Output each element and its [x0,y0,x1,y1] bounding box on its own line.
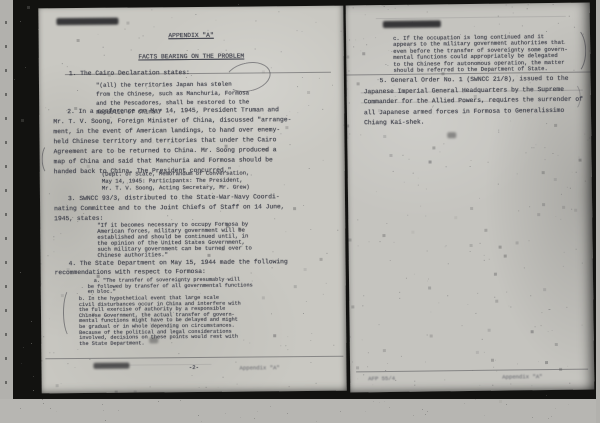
paragraph-2-citation: (Dept. of State, Memorandum of Conversat… [102,170,250,192]
footer-appendix-label: Appendix "A" [502,372,542,382]
scanned-page-right: c. If the occupation is long continued a… [346,3,595,393]
paragraph-4b: b. In the hypothetical event that large … [79,296,241,348]
paragraph-3-quote: "If it becomes necessary to occupy Formo… [97,221,252,258]
page-subtitle-row: FACTS BEARING ON THE PROBLEM [39,51,344,64]
film-edge-markings [5,0,7,423]
pencil-paren-mark [560,27,587,75]
film-edge-strip [0,0,13,423]
appendix-title-row: APPENDIX "A" [39,30,344,43]
microfilm-document-scan: APPENDIX "A" FACTS BEARING ON THE PROBLE… [0,0,600,423]
pencil-bracket-mark [63,288,79,338]
paragraph-2: 2. In a conference on May 14, 1945, Pres… [53,105,292,177]
scanner-mat-right [596,0,600,423]
page-subtitle: FACTS BEARING ON THE PROBLEM [138,53,244,61]
pencil-paren-mark [565,83,581,111]
paragraph-4a: a. "The transfer of sovereignty presumab… [88,277,253,295]
ink-blot [149,337,158,343]
appendix-title: APPENDIX "A" [168,32,213,39]
pencil-paren-mark [42,144,56,174]
paragraph-4-heading: 4. The State Department on May 15, 1944 … [55,257,288,277]
pencil-scribble [447,132,456,138]
footer-file-label: AFP 55/4 [368,374,395,384]
classification-stamp-smudge [56,18,118,26]
paragraph-3-heading: 3. SWNCC 93/3, distributed to the State-… [54,192,285,224]
paragraph-4c: c. If the occupation is long continued a… [393,34,568,75]
film-scratch [376,16,566,19]
scanner-mat-bottom [0,399,600,423]
footer-appendix-label: Appendix "A" [239,363,279,373]
scanned-page-left: APPENDIX "A" FACTS BEARING ON THE PROBLE… [38,6,346,394]
classification-stamp-smudge [383,20,441,28]
